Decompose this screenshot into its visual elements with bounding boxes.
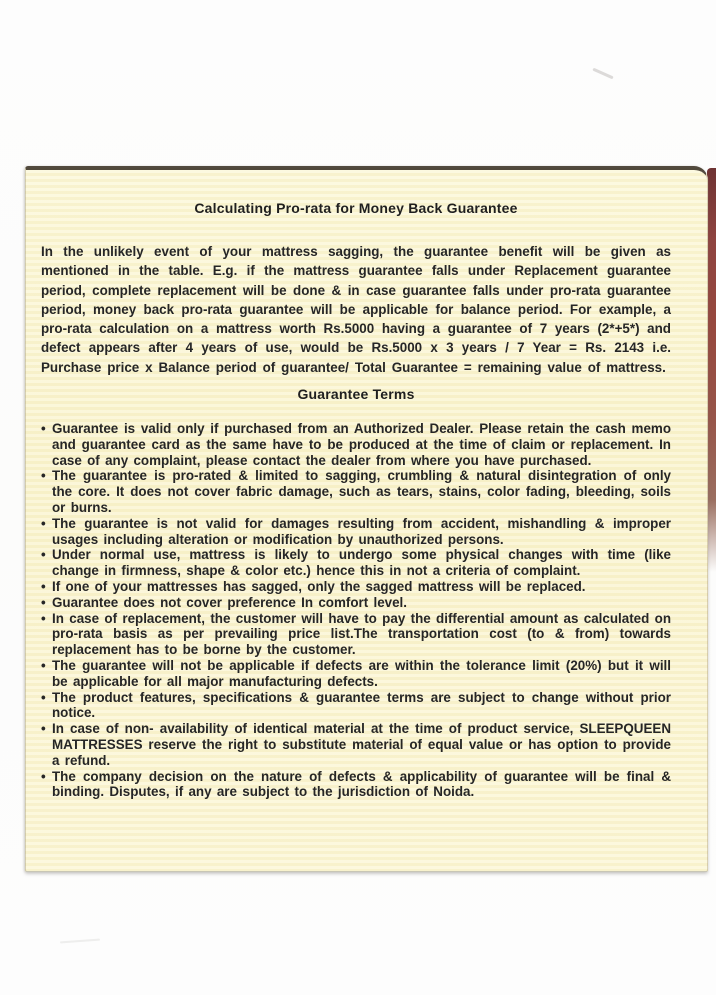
guarantee-term-item: In case of replacement, the customer wil… — [41, 611, 671, 658]
guarantee-term-text: Guarantee does not cover preference In c… — [52, 595, 407, 610]
guarantee-terms-list: Guarantee is valid only if purchased fro… — [41, 421, 671, 800]
guarantee-term-item: The guarantee will not be applicable if … — [41, 658, 671, 690]
guarantee-term-item: The guarantee is not valid for damages r… — [41, 516, 671, 548]
section-heading: Guarantee Terms — [41, 386, 671, 402]
scanned-document-page: Calculating Pro-rata for Money Back Guar… — [0, 0, 716, 995]
guarantee-term-item: If one of your mattresses has sagged, on… — [41, 579, 671, 595]
scan-artifact — [60, 939, 100, 944]
scan-artifact — [592, 68, 613, 80]
guarantee-term-text: The company decision on the nature of de… — [52, 769, 671, 800]
guarantee-term-text: The guarantee will not be applicable if … — [52, 658, 671, 689]
red-cover-edge — [707, 168, 716, 572]
guarantee-term-item: The guarantee is pro-rated & limited to … — [41, 468, 671, 515]
guarantee-term-item: Guarantee does not cover preference In c… — [41, 595, 671, 611]
guarantee-term-item: In case of non- availability of identica… — [41, 721, 671, 768]
guarantee-term-text: The guarantee is pro-rated & limited to … — [52, 468, 671, 515]
guarantee-term-text: In case of non- availability of identica… — [52, 721, 671, 768]
guarantee-term-text: If one of your mattresses has sagged, on… — [52, 579, 586, 594]
guarantee-term-text: The product features, specifications & g… — [52, 690, 671, 721]
intro-paragraph: In the unlikely event of your mattress s… — [41, 242, 671, 377]
guarantee-term-item: The company decision on the nature of de… — [41, 769, 671, 801]
guarantee-term-text: Guarantee is valid only if purchased fro… — [52, 421, 671, 468]
guarantee-term-item: The product features, specifications & g… — [41, 690, 671, 722]
guarantee-term-item: Under normal use, mattress is likely to … — [41, 547, 671, 579]
guarantee-term-text: In case of replacement, the customer wil… — [52, 611, 671, 658]
guarantee-term-item: Guarantee is valid only if purchased fro… — [41, 421, 671, 468]
page-title: Calculating Pro-rata for Money Back Guar… — [41, 200, 671, 216]
guarantee-card: Calculating Pro-rata for Money Back Guar… — [25, 166, 708, 872]
guarantee-term-text: The guarantee is not valid for damages r… — [52, 516, 671, 547]
guarantee-term-text: Under normal use, mattress is likely to … — [52, 547, 671, 578]
